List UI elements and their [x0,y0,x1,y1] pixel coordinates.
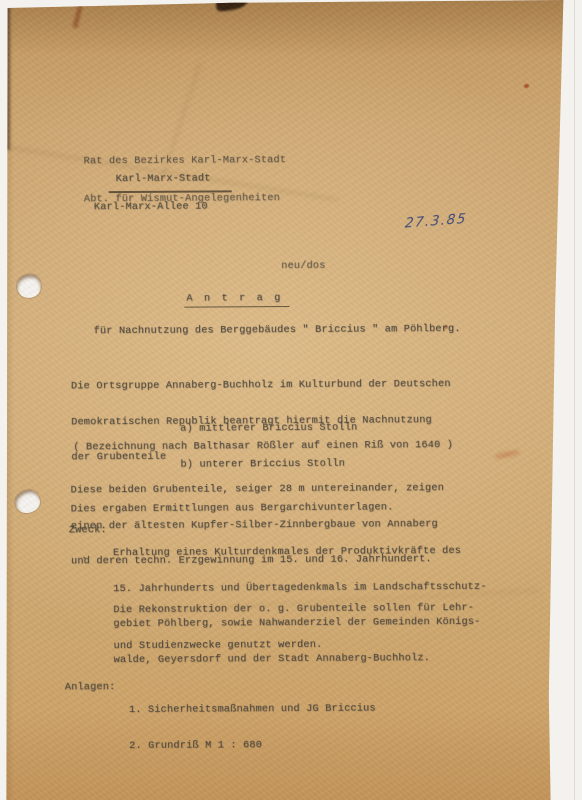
zweck-line-1: Erhaltung eines Kulturdenkmales der Prod… [113,546,486,560]
handwritten-date: 27.3.85 [404,211,467,232]
zweck-label: Zweck: [69,524,107,536]
anlagen-item-1: 1. Sicherheitsmaßnahmen und JG Briccius [129,703,376,716]
typed-text-layer: Rat des Bezirkes Karl-Marx-Stadt Abt. fü… [0,0,582,800]
list-item-a: a) mittlerer Briccius Stolln [180,423,357,436]
paragraph-4: Die Rekonstruktion der o. g. Grubenteile… [113,579,474,676]
paragraph-2-line-1: Diese beiden Grubenteile, seiger 28 m un… [71,483,444,497]
anlagen-label: Anlagen: [65,681,116,693]
paragraph-1-line-1: Die Ortsgruppe Annaberg-Buchholz im Kult… [71,379,451,393]
paragraph-4-line-1: Die Rekonstruktion der o. g. Grubenteile… [113,603,474,617]
anlagen-item-2: 2. Grundriß M 1 : 680 [129,739,376,752]
subject-line: für Nachnutzung des Berggebäudes " Bricc… [94,323,461,337]
sender-street: Karl-Marx-Allee 10 [94,201,208,214]
sender-city: Karl-Marx-Stadt [116,172,211,185]
reference-code: neu/dos [281,260,325,272]
anlagen-list: 1. Sicherheitsmaßnahmen und JG Briccius … [129,679,376,776]
sender-line-1: Rat des Bezirkes Karl-Marx-Stadt [84,155,287,168]
roessler-note: ( Bezeichnung nach Balthasar Rößler auf … [73,439,453,453]
scanner-background: Rat des Bezirkes Karl-Marx-Stadt Abt. fü… [0,0,582,800]
paragraph-3: Dies ergaben Ermittlungen aus Bergarchiv… [71,501,394,515]
stray-typed-dot: . [81,550,87,562]
paragraph-4-line-2: und Studienzwecke genutzt werden. [113,638,474,652]
document-title: A n t r a g [184,292,289,308]
